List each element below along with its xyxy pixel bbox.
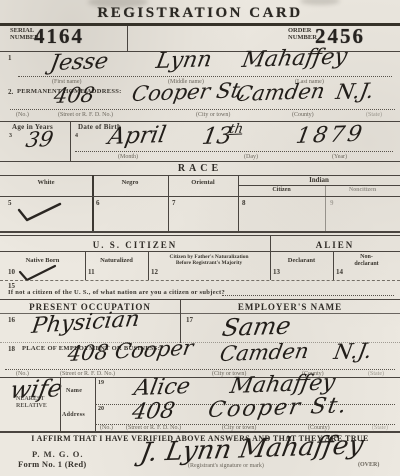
race-col-oriental: Oriental [168,179,238,186]
rule [0,299,400,300]
handwritten-relative-address-no: 408 [130,399,177,425]
divider [333,251,334,280]
rule [0,161,400,162]
citizen-num-14: 14 [336,268,343,276]
nearest-relative-label: NEARESTRELATIVE [16,396,47,410]
checkmark-native-born-icon [16,264,58,284]
divider [325,185,326,231]
checkmark-white-race-icon [15,201,63,225]
handwritten-state: N.J. [334,79,376,104]
divider [238,175,239,231]
dotted-answer-line [222,295,394,296]
field-19-number: 19 [98,380,104,386]
registration-card: REGISTRATION CARD SERIALNUMBER 4164 ORDE… [0,0,400,476]
race-num-5: 5 [8,199,12,207]
race-col-indian: Indian [238,176,400,184]
handwritten-birth-month: April [106,122,168,150]
divider [60,377,61,431]
citizen-num-12: 12 [151,268,158,276]
handwritten-employment-no-street: 408 Cooper [66,336,195,366]
handwritten-house-no: 408 [52,83,97,108]
rule [0,280,400,281]
field-18-number: 18 [8,345,15,353]
field-17-number: 17 [186,316,193,324]
dob-sublabel-day: (Day) [244,154,258,160]
handwritten-employer: Same [220,312,293,342]
rule [238,185,400,186]
race-num-9: 9 [330,199,334,207]
handwritten-birth-day-suffix: th [228,122,244,137]
order-label-line2: NUMBER [288,34,317,41]
race-col-indian-citizen: Citizen [238,187,325,193]
handwritten-birth-year: 1879 [294,122,367,149]
address-sublabel-county: (County) [292,112,314,118]
race-col-white: White [0,179,92,186]
race-num-6: 6 [96,199,100,207]
divider [127,26,128,51]
us-citizen-header: U. S. CITIZEN [0,240,270,250]
address-sublabel-state: (State) [366,112,382,118]
divider [85,251,86,280]
citizen-col-naturalized: Naturalized [85,257,148,264]
form-org-label: P. M. G. O. [32,449,84,459]
handwritten-relative-first: Alice [132,374,192,401]
race-num-8: 8 [242,199,246,207]
handwritten-first-name: Jesse [48,49,110,76]
handwritten-employment-city: Camden [218,339,311,366]
dob-sublabel-month: (Month) [118,154,138,160]
divider [148,251,149,280]
card-title: REGISTRATION CARD [0,5,400,22]
nation-question-text: If not a citizen of the U. S., of what n… [8,289,225,296]
divider [92,175,94,231]
rule [0,231,400,233]
handwritten-age: 39 [24,127,55,152]
serial-number-value: 4164 [34,24,84,49]
race-num-7: 7 [172,199,176,207]
over-label: (OVER) [358,462,379,468]
employer-header: EMPLOYER'S NAME [180,302,400,312]
citizen-num-13: 13 [273,268,280,276]
address-sublabel-city: (City or town) [196,112,230,118]
nearest-relative-line1: NEAREST [16,396,44,402]
rule [0,235,400,236]
divider [70,121,71,161]
serial-label-line1: SERIAL [10,27,34,34]
handwritten-city: Camden [234,79,327,106]
alien-header: ALIEN [270,240,400,250]
handwritten-employment-state: N.J. [332,339,374,364]
handwritten-last-name: Mahaffey [240,44,349,73]
citizen-num-11: 11 [88,268,95,276]
handwritten-middle-name: Lynn [154,47,214,74]
form-number-label: Form No. 1 (Red) [18,459,87,469]
race-col-negro: Negro [92,179,168,186]
alien-col-declarant: Declarant [270,257,333,264]
address-sublabel-no: (No.) [16,112,29,118]
citizen-col-by-father-line2: Before Registrant's Majority [176,260,242,266]
citizen-num-10: 10 [8,268,15,276]
relative-name-label: Name [66,388,82,394]
citizen-col-native-born: Native Born [0,257,85,264]
divider [168,175,169,231]
race-col-indian-noncitizen: Noncitizen [325,187,400,193]
signature-sublabel: (Registrant's signature or mark) [188,463,264,469]
rule [0,196,400,197]
nearest-relative-line2: RELATIVE [16,403,47,409]
citizen-col-by-father: Citizen by Father's NaturalizationBefore… [148,254,270,266]
field-1-number: 1 [8,54,12,62]
handwritten-street: Cooper St, [130,78,248,106]
order-number-label: ORDERNUMBER [288,27,317,41]
dotted-write-line [10,109,395,110]
relative-address-label: Address [62,412,85,418]
address-sublabel-street: (Street or R. F. D. No.) [58,112,113,118]
alien-col-nondeclarant: Non-declarant [333,254,400,268]
field-2-number: 2. [8,88,13,96]
rule [0,251,400,252]
handwritten-relative-address-street: Cooper St. [206,393,350,423]
alien-col-nondeclarant-line2: declarant [354,261,378,267]
race-section-header: RACE [0,163,400,174]
dotted-write-line [75,151,393,152]
field-16-number: 16 [8,316,15,324]
alien-col-nondeclarant-line1: Non- [360,254,373,260]
order-label-line1: ORDER [288,27,311,34]
dotted-write-line [18,76,392,77]
field-4-number: 4 [75,133,78,139]
dob-sublabel-year: (Year) [332,154,347,160]
field-3-number: 3 [9,133,12,139]
field-20-number: 20 [98,406,104,412]
